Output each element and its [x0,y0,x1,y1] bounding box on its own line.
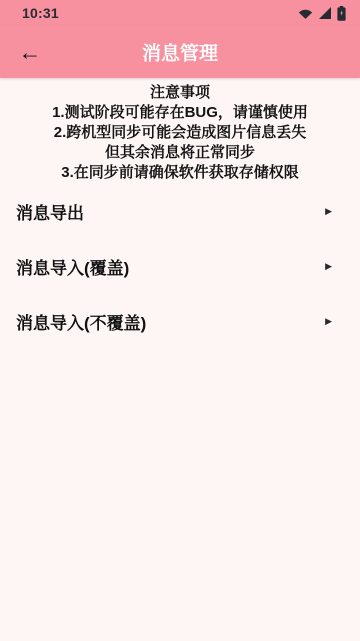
menu-list: 消息导出 ▶ 消息导入(覆盖) ▶ 消息导入(不覆盖) ▶ [0,184,360,349]
cellular-signal-icon [318,6,332,20]
app-bar: ← 消息管理 [0,26,360,78]
chevron-right-icon: ▶ [325,207,344,216]
menu-item-message-export[interactable]: 消息导出 ▶ [0,184,360,239]
status-bar: 10:31 [0,0,360,26]
notice-line: 但其余消息将正常同步 [0,143,360,163]
chevron-right-icon: ▶ [325,317,344,326]
menu-item-message-import-no-overwrite[interactable]: 消息导入(不覆盖) ▶ [0,294,360,349]
menu-item-label: 消息导出 [16,199,84,224]
notice-line: 1.测试阶段可能存在BUG，请谨慎使用 [0,103,360,123]
status-time: 10:31 [10,5,59,21]
chevron-right-icon: ▶ [325,262,344,271]
page-title: 消息管理 [142,39,218,66]
menu-item-label: 消息导入(不覆盖) [16,309,146,334]
app-screen: 10:31 ← 消息管理 [0,0,360,641]
notice-line: 2.跨机型同步可能会造成图片信息丢失 [0,123,360,143]
back-arrow-icon[interactable]: ← [12,34,48,70]
notice-line: 3.在同步前请确保软件获取存储权限 [0,163,360,183]
wifi-icon [298,6,313,20]
menu-item-label: 消息导入(覆盖) [16,254,129,279]
battery-icon [337,6,346,21]
menu-item-message-import-overwrite[interactable]: 消息导入(覆盖) ▶ [0,239,360,294]
notice-title: 注意事项 [0,83,360,103]
status-icons [298,6,350,21]
notice-section: 注意事项 1.测试阶段可能存在BUG，请谨慎使用 2.跨机型同步可能会造成图片信… [0,78,360,183]
